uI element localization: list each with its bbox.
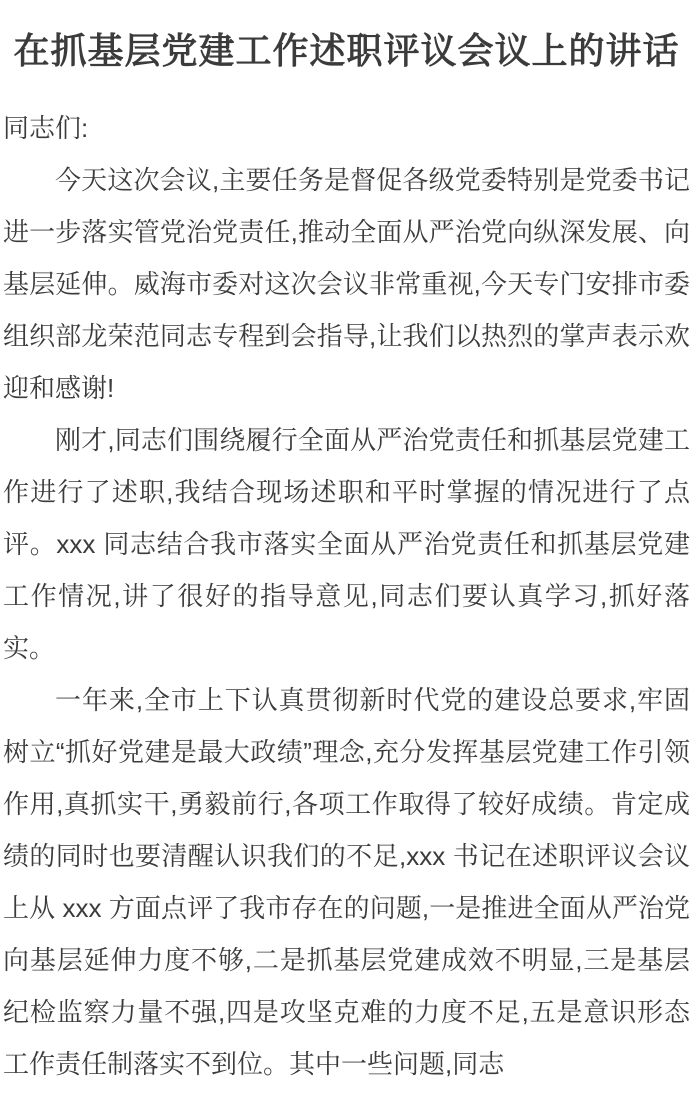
paragraph-review: 刚才,同志们围绕履行全面从严治党责任和抓基层党建工作进行了述职,我结合现场述职和… (3, 414, 690, 674)
salutation-line: 同志们: (3, 102, 690, 154)
speech-document: 在抓基层党建工作述职评议会议上的讲话 同志们: 今天这次会议,主要任务是督促各级… (0, 0, 693, 1097)
document-title: 在抓基层党建工作述职评议会议上的讲话 (11, 24, 682, 78)
paragraph-opening: 今天这次会议,主要任务是督促各级党委特别是党委书记进一步落实管党治党责任,推动全… (3, 154, 690, 414)
document-body: 同志们: 今天这次会议,主要任务是督促各级党委特别是党委书记进一步落实管党治党责… (3, 102, 690, 1090)
paragraph-yearly-summary: 一年来,全市上下认真贯彻新时代党的建设总要求,牢固树立“抓好党建是最大政绩”理念… (3, 674, 690, 1090)
